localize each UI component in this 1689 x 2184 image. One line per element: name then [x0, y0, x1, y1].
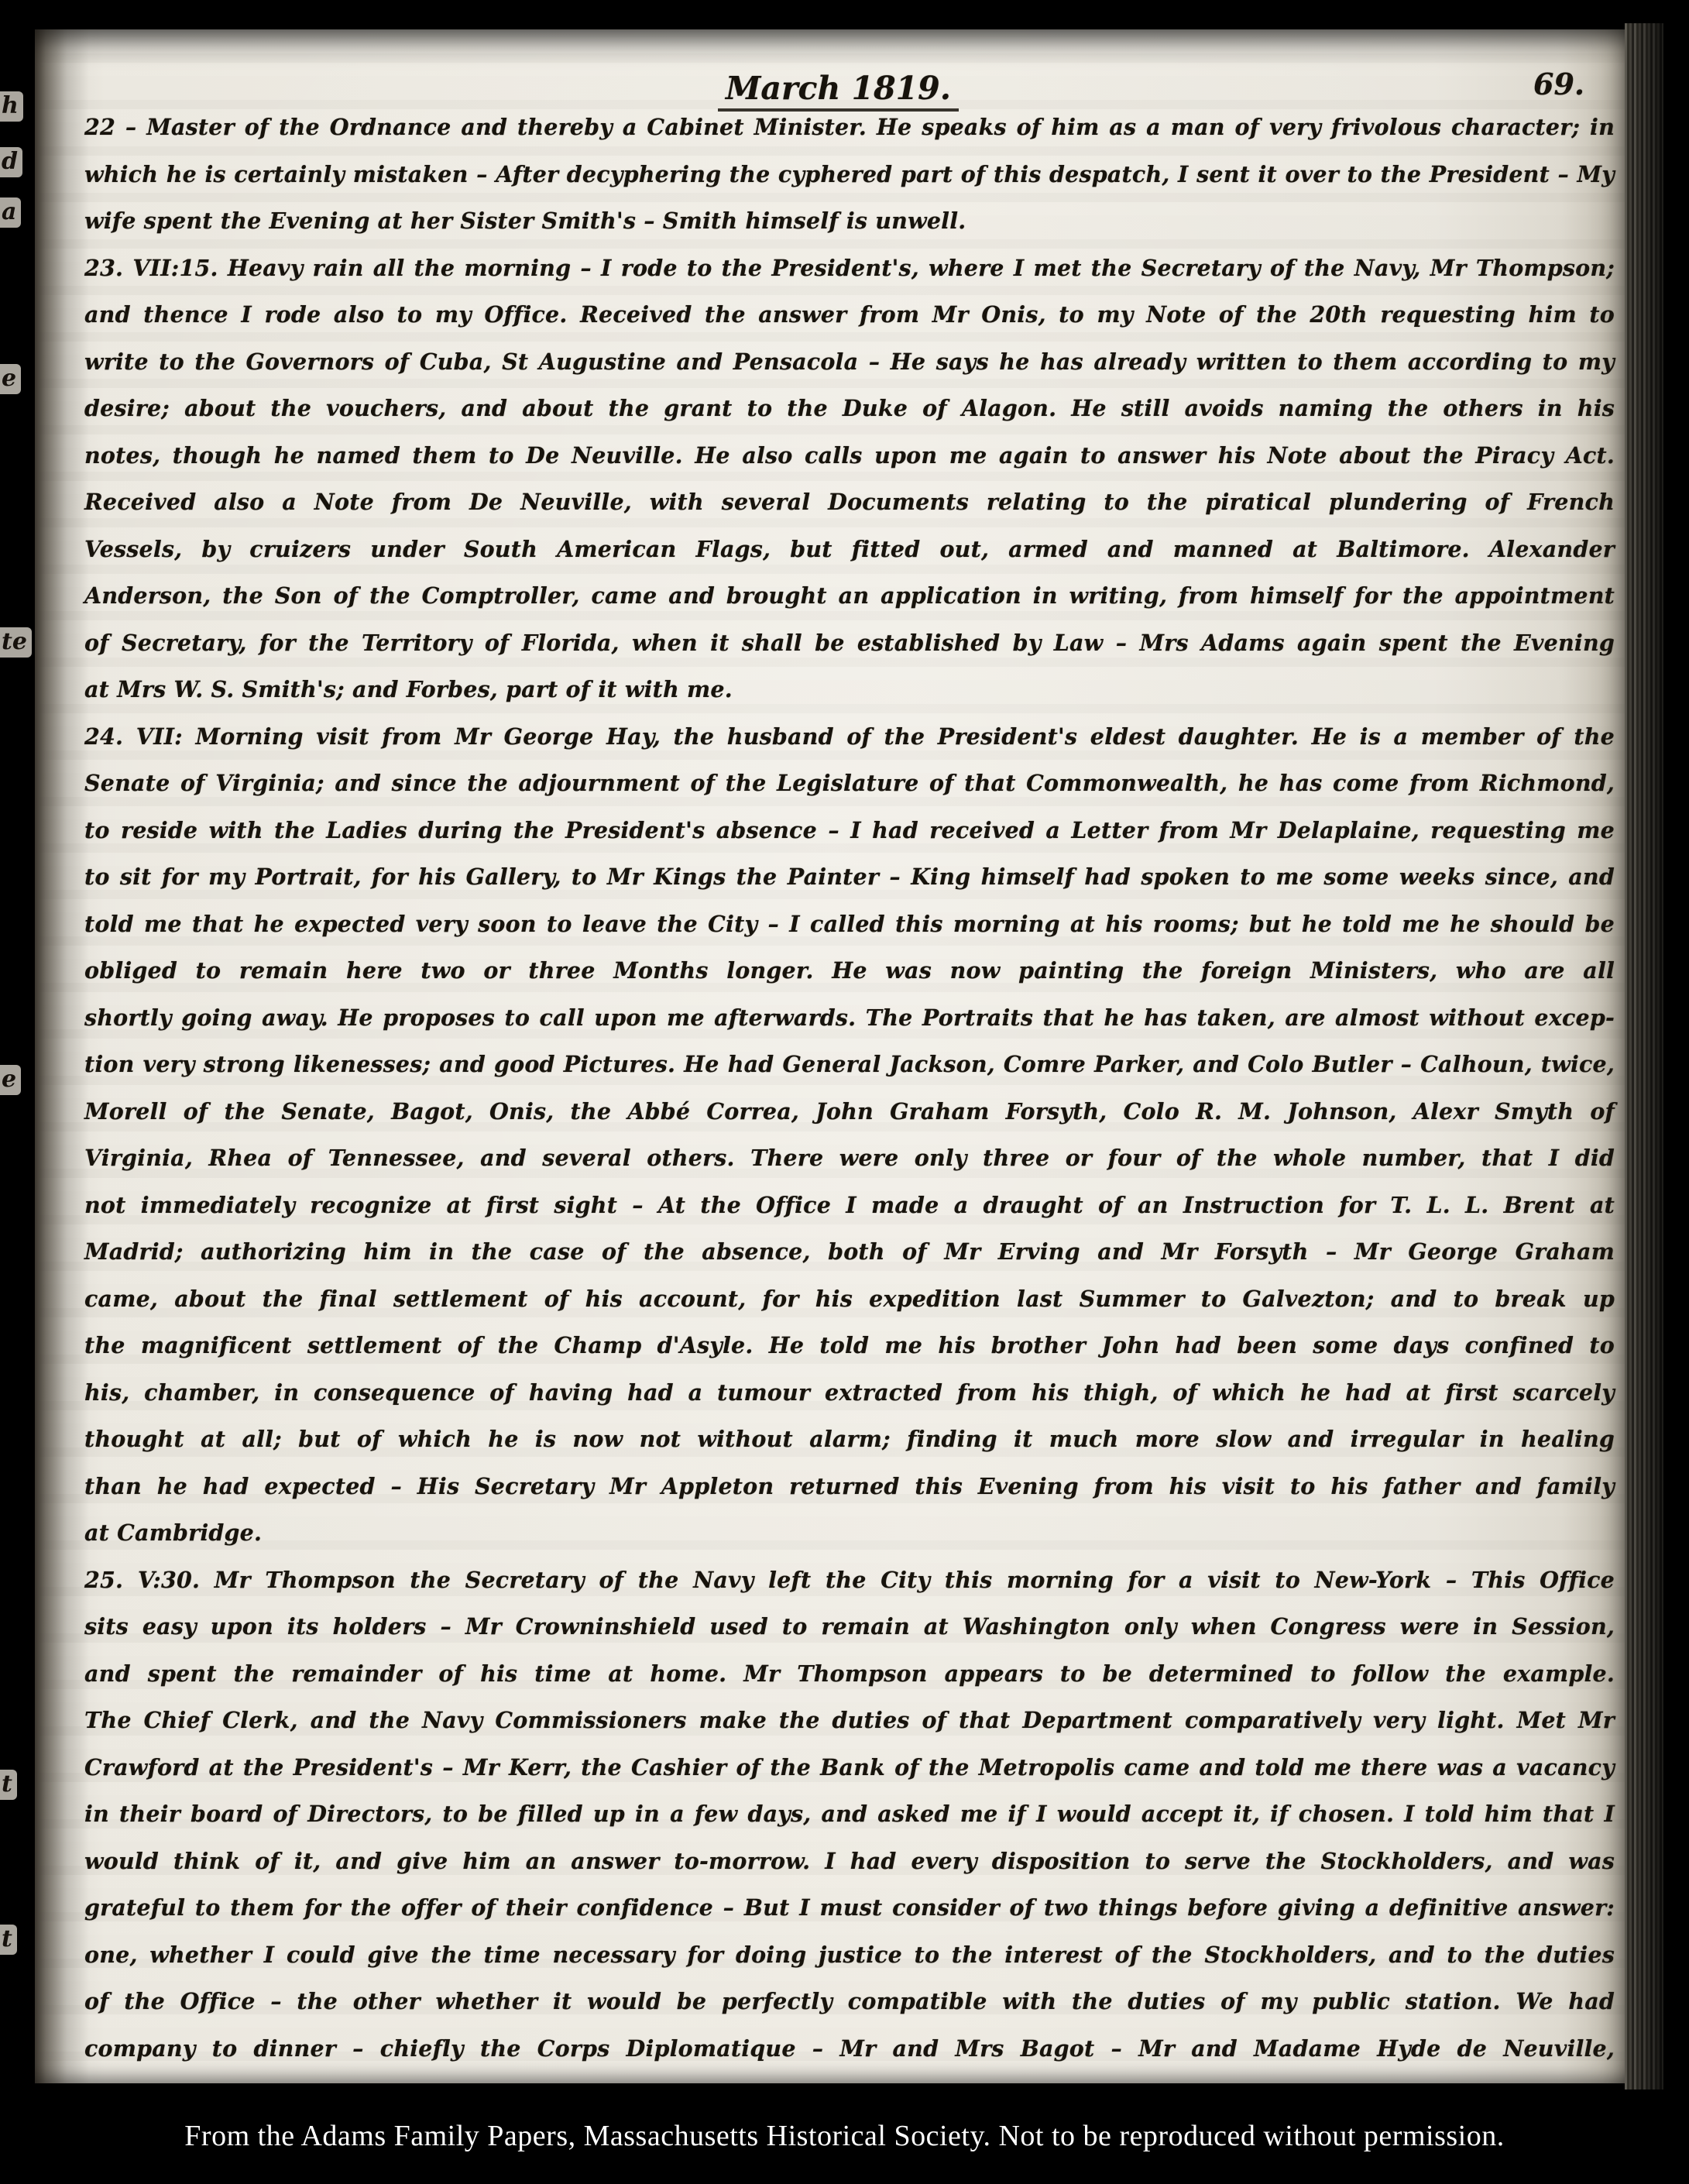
footer-credit: From the Adams Family Papers, Massachuse… [0, 2119, 1689, 2153]
diary-line: at Cambridge. [84, 1509, 1615, 1557]
diary-line: Morell of the Senate, Bagot, Onis, the A… [84, 1088, 1615, 1135]
page-edge-fragment: h [0, 91, 23, 122]
diary-line: Crawford at the President's – Mr Kerr, t… [84, 1744, 1615, 1791]
page-number: 69. [1533, 67, 1584, 101]
book-fore-edge [1625, 23, 1663, 2090]
facing-page-edge: hdaeteett [0, 31, 33, 2083]
diary-line: tion very strong likenesses; and good Pi… [84, 1041, 1615, 1088]
diary-line: 24. VII: Morning visit from Mr George Ha… [84, 713, 1615, 761]
diary-line: Senate of Virginia; and since the adjour… [84, 760, 1615, 807]
diary-line: write to the Governors of Cuba, St Augus… [84, 338, 1615, 386]
gutter-shadow [35, 29, 89, 2083]
diary-line: obliged to remain here two or three Mont… [84, 947, 1615, 994]
diary-line: desire; about the vouchers, and about th… [84, 385, 1615, 432]
scanned-book-photo: hdaeteett March 1819. 69. 22 – Master of… [0, 0, 1689, 2184]
diary-line: company to dinner – chiefly the Corps Di… [84, 2025, 1615, 2072]
diary-line: notes, though he named them to De Neuvil… [84, 432, 1615, 479]
diary-line: wife spent the Evening at her Sister Smi… [84, 197, 1615, 245]
diary-line: not immediately recognize at first sight… [84, 1182, 1615, 1229]
diary-line: of the Office – the other whether it wou… [84, 1978, 1615, 2025]
diary-line: sits easy upon its holders – Mr Crownins… [84, 1603, 1615, 1650]
diary-line: would think of it, and give him an answe… [84, 1838, 1615, 1885]
diary-line: the magnificent settlement of the Champ … [84, 1322, 1615, 1369]
diary-line: than he had expected – His Secretary Mr … [84, 1463, 1615, 1510]
diary-line: 23. VII:15. Heavy rain all the morning –… [84, 245, 1615, 292]
page-edge-fragment: e [0, 1065, 21, 1095]
diary-line: to sit for my Portrait, for his Gallery,… [84, 853, 1615, 901]
page-edge-fragment: t [0, 1925, 17, 1955]
diary-line: and thence I rode also to my Office. Rec… [84, 291, 1615, 338]
diary-text: 22 – Master of the Ordnance and thereby … [84, 104, 1615, 2072]
diary-line: thought at all; but of which he is now n… [84, 1416, 1615, 1463]
diary-line: of Secretary, for the Territory of Flori… [84, 620, 1615, 667]
diary-line: Received also a Note from De Neuville, w… [84, 479, 1615, 526]
diary-line: came, about the final settlement of his … [84, 1276, 1615, 1323]
page-edge-fragment: d [0, 147, 22, 177]
diary-line: in their board of Directors, to be fille… [84, 1791, 1615, 1838]
diary-line: at Mrs W. S. Smith's; and Forbes, part o… [84, 666, 1615, 713]
diary-line: shortly going away. He proposes to call … [84, 994, 1615, 1042]
page-edge-fragment: a [0, 197, 21, 228]
diary-line: grateful to them for the offer of their … [84, 1884, 1615, 1932]
diary-line: Anderson, the Son of the Comptroller, ca… [84, 572, 1615, 620]
diary-line: his, chamber, in consequence of having h… [84, 1369, 1615, 1417]
scan-page: March 1819. 69. 22 – Master of the Ordna… [35, 29, 1625, 2083]
diary-line: Vessels, by cruizers under South America… [84, 526, 1615, 573]
diary-line: to reside with the Ladies during the Pre… [84, 807, 1615, 854]
diary-line: The Chief Clerk, and the Navy Commission… [84, 1697, 1615, 1744]
diary-line: told me that he expected very soon to le… [84, 901, 1615, 948]
page-edge-fragment: e [0, 364, 21, 394]
diary-line: Madrid; authorizing him in the case of t… [84, 1228, 1615, 1276]
page-edge-fragment: te [0, 627, 32, 658]
diary-line: which he is certainly mistaken – After d… [84, 151, 1615, 198]
diary-line: and spent the remainder of his time at h… [84, 1650, 1615, 1698]
diary-line: Virginia, Rhea of Tennessee, and several… [84, 1135, 1615, 1182]
diary-line: 22 – Master of the Ordnance and thereby … [84, 104, 1615, 151]
diary-line: one, whether I could give the time neces… [84, 1932, 1615, 1979]
page-edge-fragment: t [0, 1770, 17, 1800]
diary-line: 25. V:30. Mr Thompson the Secretary of t… [84, 1557, 1615, 1604]
